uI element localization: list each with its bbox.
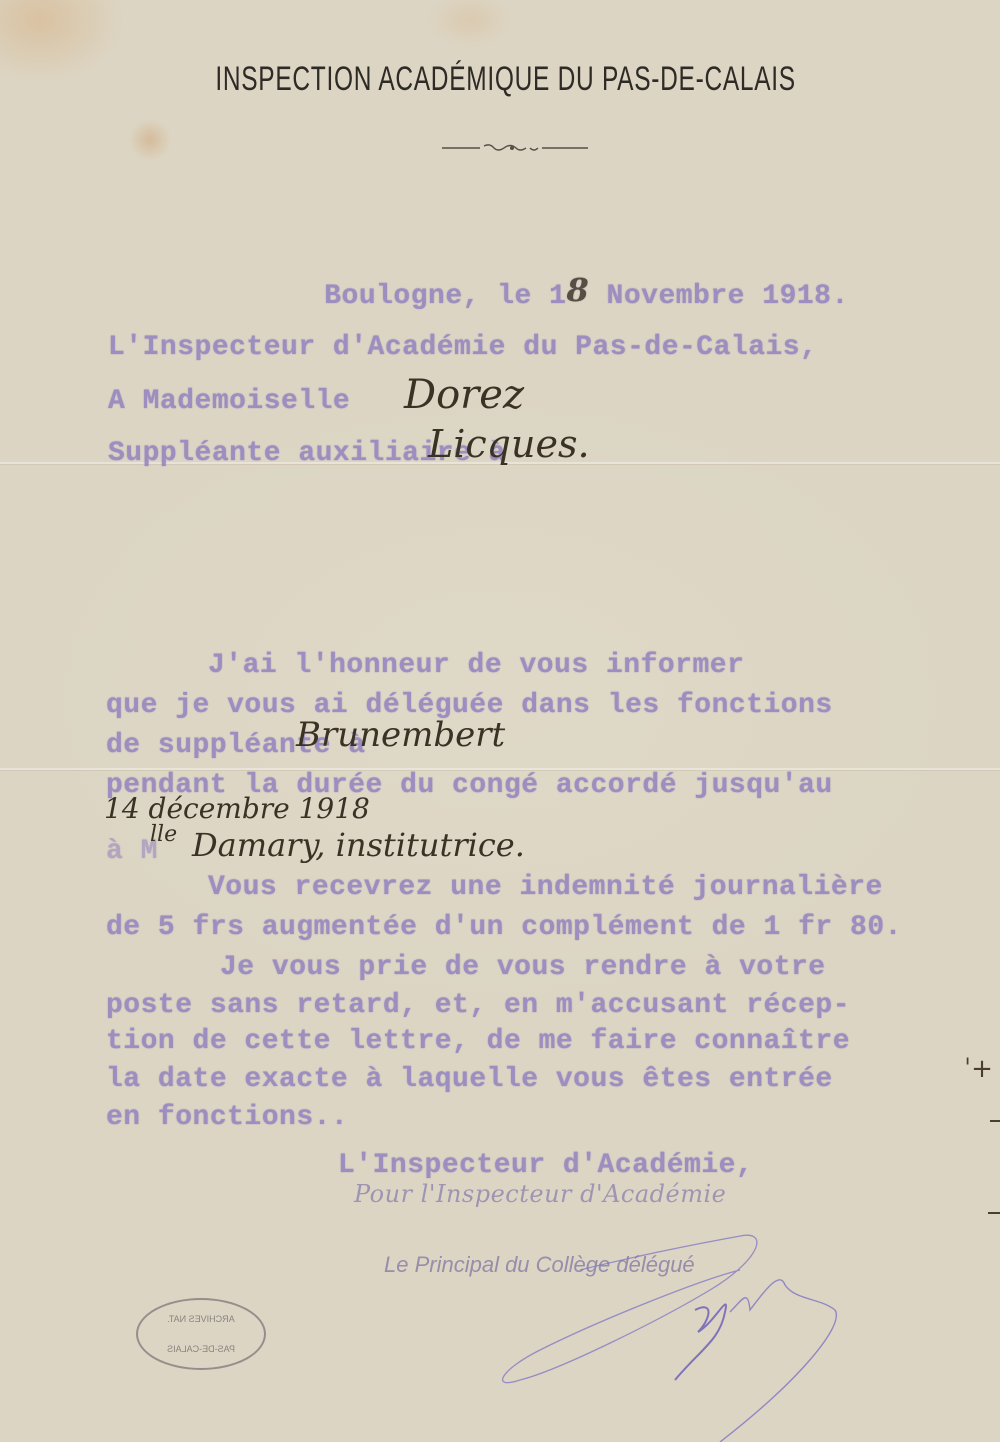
decorative-rule-icon — [440, 140, 590, 156]
archive-stamp-bottom: PAS-DE-CALAIS — [138, 1344, 264, 1354]
margin-mark-icon: ˈ+ — [964, 1054, 993, 1084]
replaced-teacher: Damary, institutrice. — [192, 826, 525, 864]
body-line: poste sans retard, et, en m'accusant réc… — [106, 990, 850, 1021]
dateline-place: Boulogne, le 1 — [324, 281, 566, 312]
signatory-title: L'Inspecteur d'Académie, — [338, 1150, 753, 1181]
letter-page: INSPECTION ACADÉMIQUE DU PAS-DE-CALAIS B… — [0, 0, 1000, 1442]
leave-end-date: 14 décembre 1918 — [104, 792, 370, 825]
letterhead-title: INSPECTION ACADÉMIQUE DU PAS-DE-CALAIS — [146, 60, 866, 99]
body-line: tion de cette lettre, de me faire connaî… — [106, 1026, 850, 1057]
sender-line: L'Inspecteur d'Académie du Pas-de-Calais… — [108, 332, 817, 363]
title-superscript: lle — [150, 822, 177, 847]
dateline: Boulogne, le 18 Novembre 1918. — [255, 242, 849, 343]
recipient-salutation: A Mademoiselle — [108, 386, 350, 417]
archive-stamp-top: ARCHIVES NAT. — [138, 1314, 264, 1324]
margin-tick-icon — [990, 1120, 1000, 1122]
dateline-month-year: Novembre 1918. — [589, 281, 849, 312]
dateline-day-handwritten: 8 — [566, 271, 589, 309]
body-line: la date exacte à laquelle vous êtes entr… — [106, 1064, 833, 1095]
body-line: en fonctions.. — [106, 1102, 348, 1133]
delegation-stamp-line1: Pour l'Inspecteur d'Académie — [354, 1180, 726, 1208]
body-line: de 5 frs augmentée d'un complément de 1 … — [106, 912, 902, 943]
margin-tick-icon — [988, 1212, 1000, 1214]
signature-icon — [480, 1230, 900, 1442]
body-line: J'ai l'honneur de vous informer — [208, 650, 744, 681]
body-line: Je vous prie de vous rendre à votre — [220, 952, 826, 983]
recipient-location: Licques. — [428, 422, 590, 466]
archive-stamp: ARCHIVES NAT. PAS-DE-CALAIS — [136, 1298, 266, 1370]
body-line: Vous recevrez une indemnité journalière — [208, 872, 883, 903]
recipient-name: Dorez — [404, 372, 524, 418]
assignment-location: Brunembert — [296, 715, 505, 755]
